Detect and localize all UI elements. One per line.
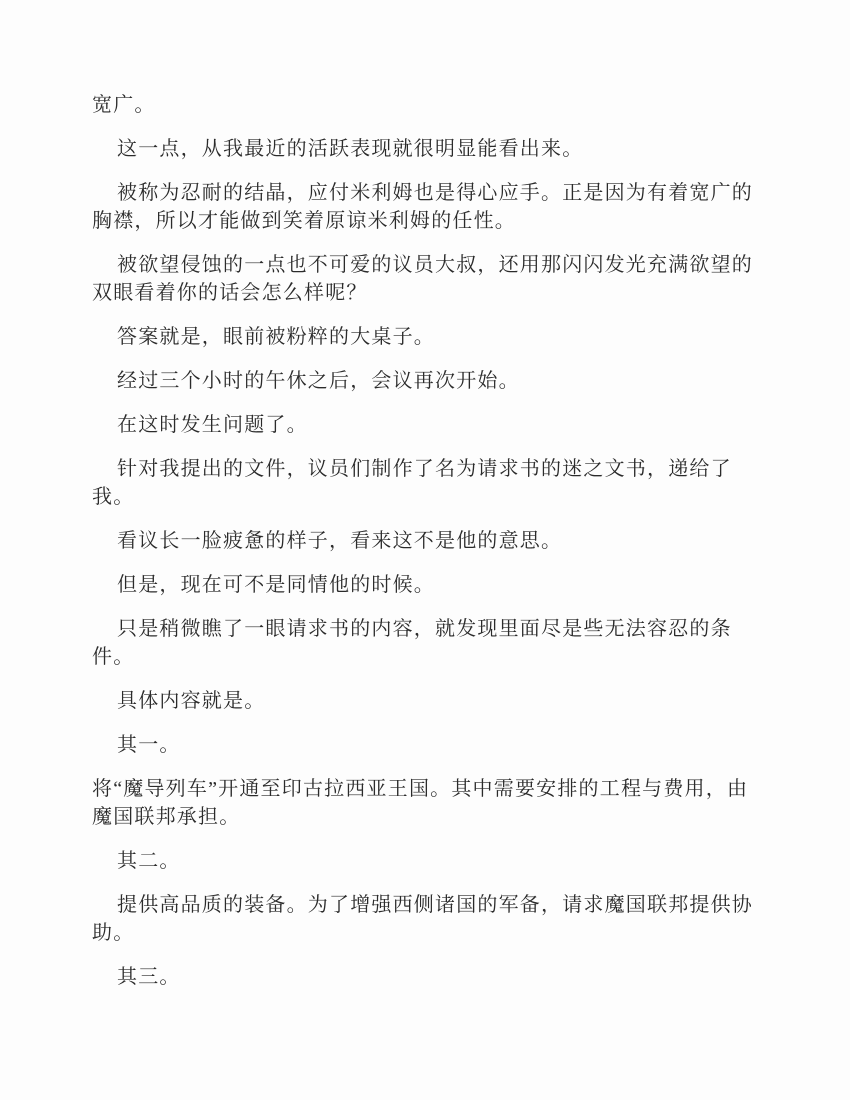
paragraph: 被欲望侵蚀的一点也不可爱的议员大叔，还用那闪闪发光充满欲望的双眼看着你的话会怎么…	[92, 251, 757, 307]
novel-page: 宽广。 这一点，从我最近的活跃表现就很明显能看出来。 被称为忍耐的结晶，应付米利…	[0, 0, 850, 1100]
paragraph: 其二。	[92, 847, 757, 875]
paragraph: 被称为忍耐的结晶，应付米利姆也是得心应手。正是因为有着宽广的胸襟，所以才能做到笑…	[92, 179, 757, 235]
paragraph: 但是，现在可不是同情他的时候。	[92, 571, 757, 599]
paragraph: 提供高品质的装备。为了增强西侧诸国的军备，请求魔国联邦提供协助。	[92, 891, 757, 947]
paragraph: 经过三个小时的午休之后，会议再次开始。	[92, 367, 757, 395]
paragraph: 只是稍微瞧了一眼请求书的内容，就发现里面尽是些无法容忍的条件。	[92, 615, 757, 671]
paragraph: 看议长一脸疲惫的样子，看来这不是他的意思。	[92, 527, 757, 555]
paragraph: 针对我提出的文件，议员们制作了名为请求书的迷之文书，递给了我。	[92, 455, 757, 511]
novel-text-body: 宽广。 这一点，从我最近的活跃表现就很明显能看出来。 被称为忍耐的结晶，应付米利…	[92, 91, 757, 991]
paragraph: 将“魔导列车”开通至印古拉西亚王国。其中需要安排的工程与费用，由魔国联邦承担。	[92, 775, 757, 831]
paragraph: 宽广。	[92, 91, 757, 119]
paragraph: 其三。	[92, 963, 757, 991]
paragraph: 其一。	[92, 731, 757, 759]
paragraph: 这一点，从我最近的活跃表现就很明显能看出来。	[92, 135, 757, 163]
paragraph: 具体内容就是。	[92, 687, 757, 715]
paragraph: 答案就是，眼前被粉粹的大桌子。	[92, 323, 757, 351]
paragraph: 在这时发生问题了。	[92, 411, 757, 439]
